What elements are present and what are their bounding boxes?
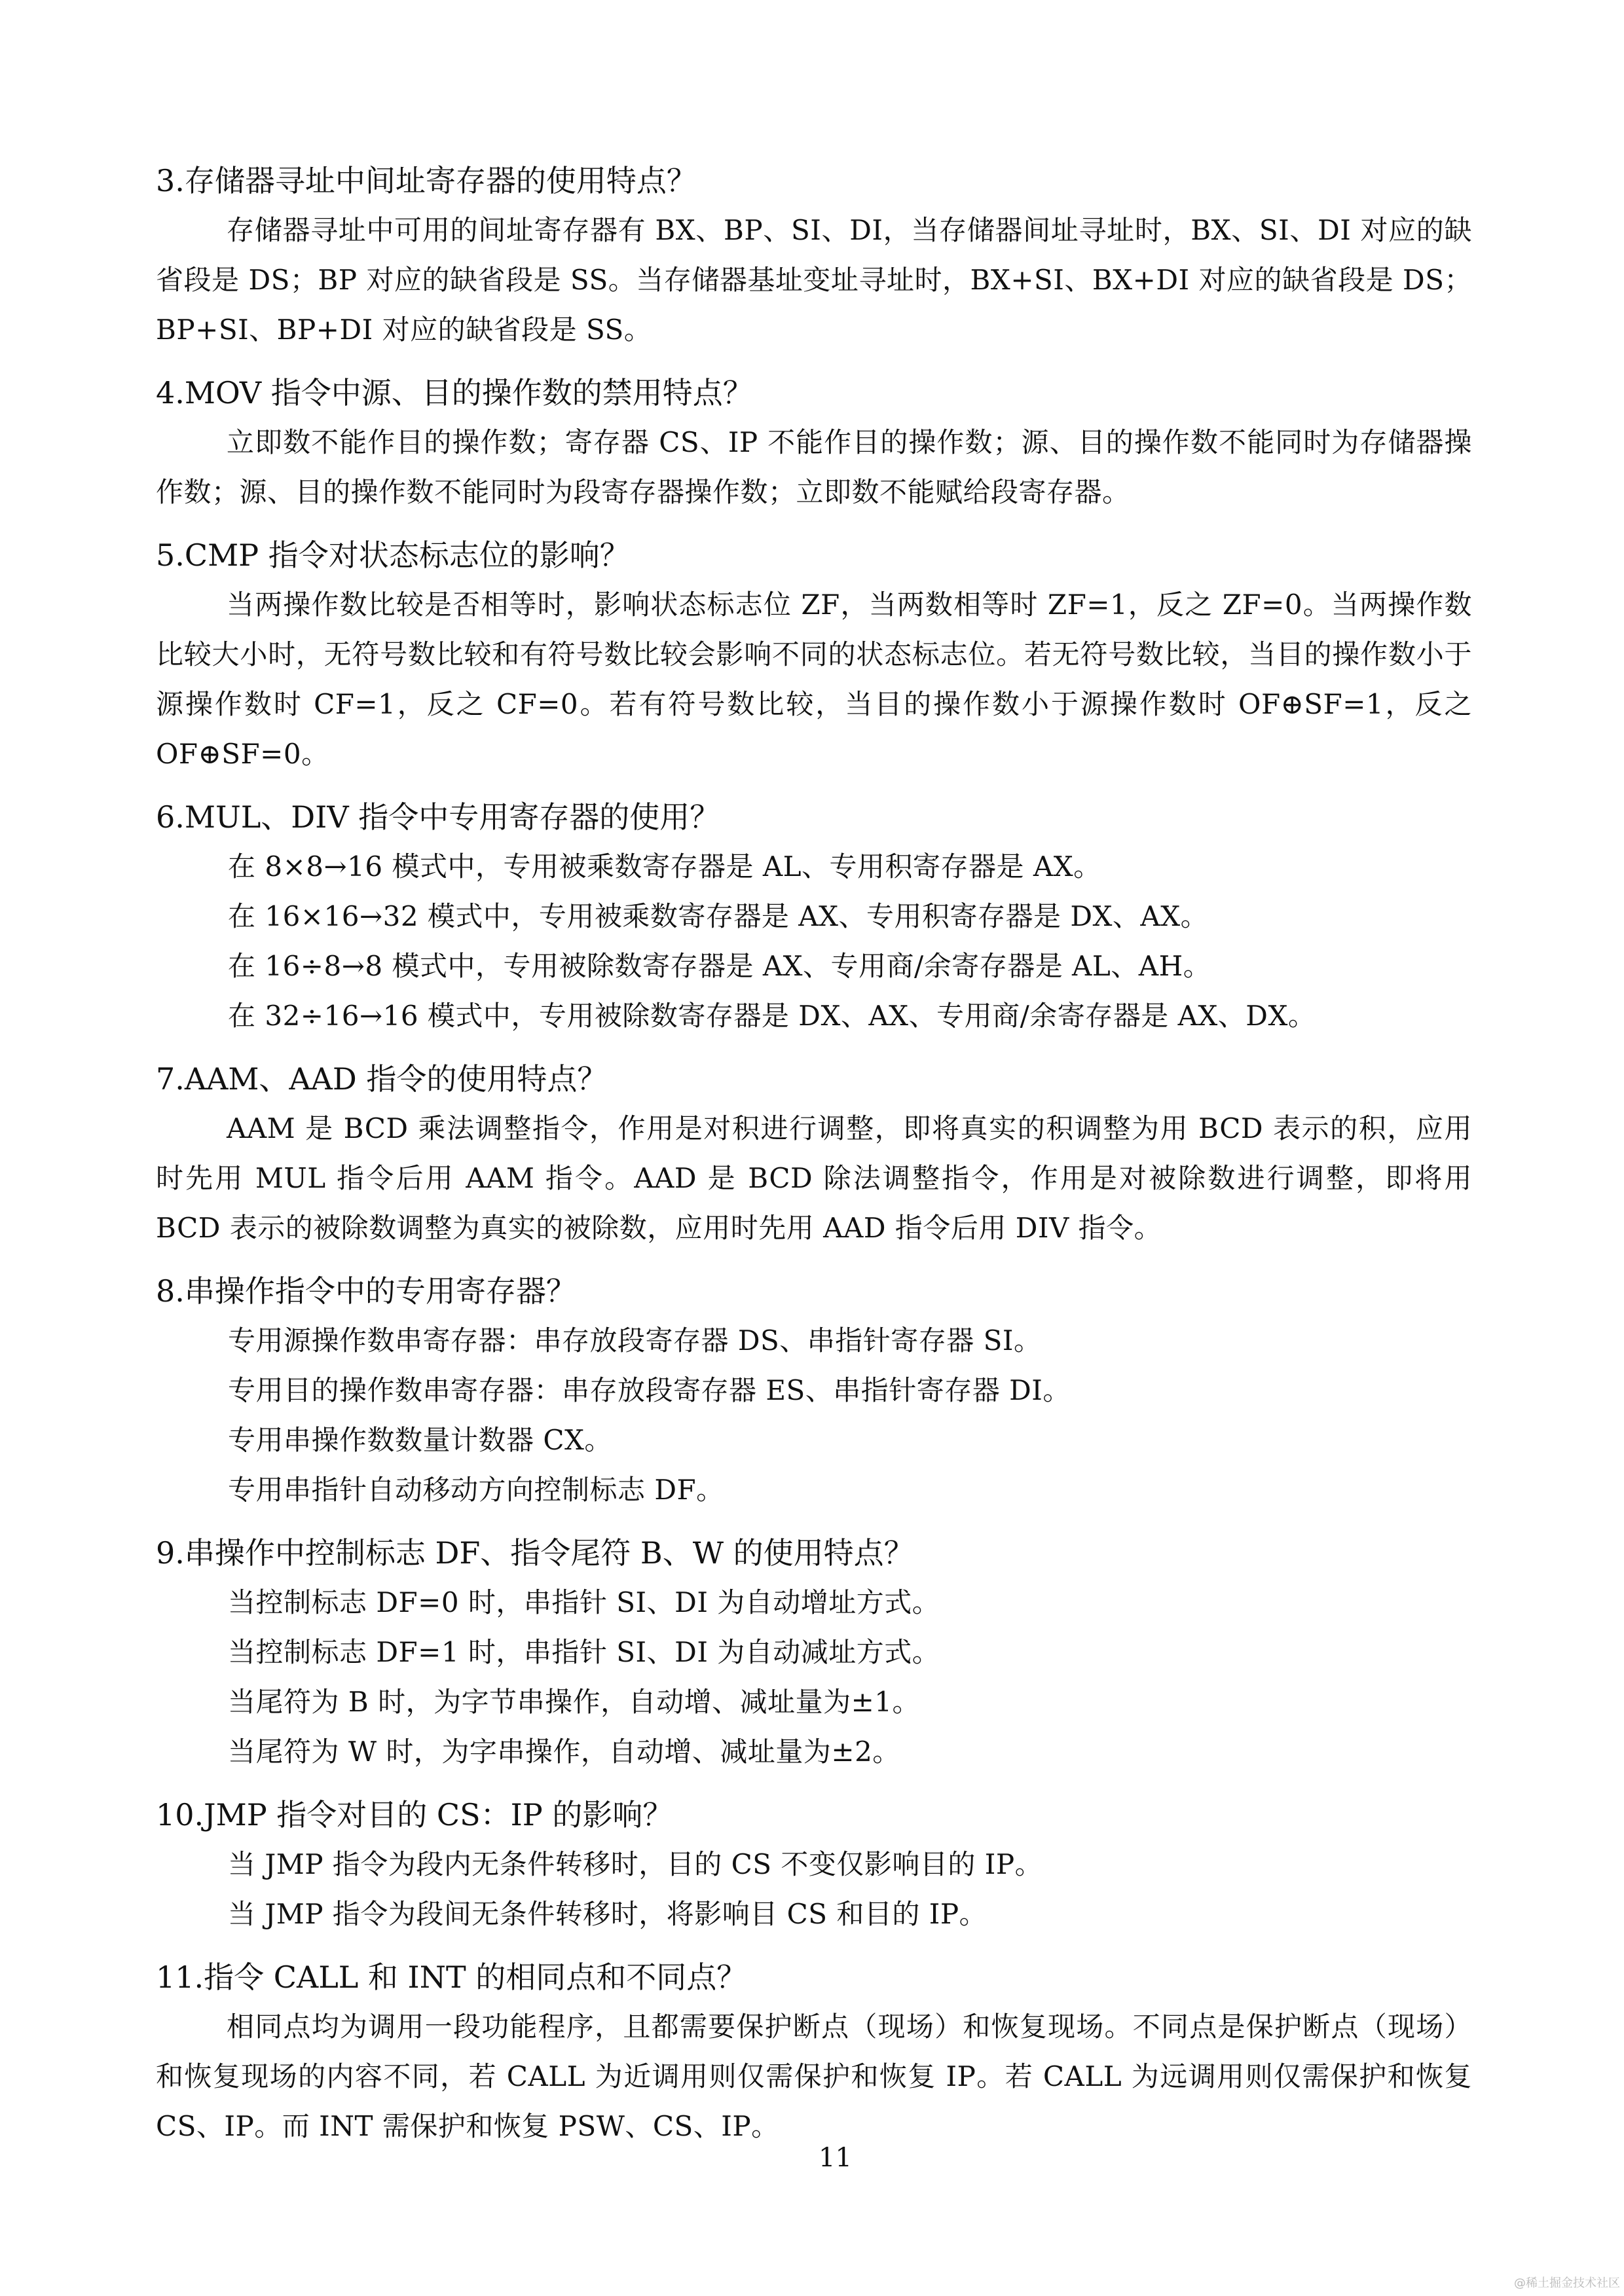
section-heading: 3.存储器寻址中间址寄存器的使用特点？ — [156, 152, 1472, 206]
list-item: 在 16×16→32 模式中，专用被乘数寄存器是 AX、专用积寄存器是 DX、A… — [156, 892, 1472, 941]
list-item: 当 JMP 指令为段间无条件转移时，将影响目 CS 和目的 IP。 — [156, 1889, 1472, 1939]
list-item: 当控制标志 DF=1 时，串指针 SI、DI 为自动减址方式。 — [156, 1628, 1472, 1677]
section-5-cmp-flags: 5.CMP 指令对状态标志位的影响？ 当两操作数比较是否相等时，影响状态标志位 … — [156, 526, 1472, 779]
section-paragraph: 立即数不能作目的操作数；寄存器 CS、IP 不能作目的操作数；源、目的操作数不能… — [156, 418, 1472, 517]
list-item: 当控制标志 DF=0 时，串指针 SI、DI 为自动增址方式。 — [156, 1578, 1472, 1628]
section-10-jmp: 10.JMP 指令对目的 CS：IP 的影响？ 当 JMP 指令为段内无条件转移… — [156, 1786, 1472, 1939]
list-item: 专用串指针自动移动方向控制标志 DF。 — [156, 1465, 1472, 1515]
section-heading: 11.指令 CALL 和 INT 的相同点和不同点？ — [156, 1948, 1472, 2002]
list-item: 专用目的操作数串寄存器：串存放段寄存器 ES、串指针寄存器 DI。 — [156, 1366, 1472, 1415]
list-item: 当尾符为 W 时，为字串操作，自动增、减址量为±2。 — [156, 1727, 1472, 1777]
section-heading: 4.MOV 指令中源、目的操作数的禁用特点？ — [156, 364, 1472, 418]
section-heading: 10.JMP 指令对目的 CS：IP 的影响？ — [156, 1786, 1472, 1840]
section-7-aam-aad: 7.AAM、AAD 指令的使用特点？ AAM 是 BCD 乘法调整指令，作用是对… — [156, 1050, 1472, 1253]
section-paragraph: AAM 是 BCD 乘法调整指令，作用是对积进行调整，即将真实的积调整为用 BC… — [156, 1104, 1472, 1253]
list-item: 当尾符为 B 时，为字节串操作，自动增、减址量为±1。 — [156, 1677, 1472, 1727]
document-page: 3.存储器寻址中间址寄存器的使用特点？ 存储器寻址中可用的间址寄存器有 BX、B… — [156, 152, 1472, 2160]
section-6-mul-div-registers: 6.MUL、DIV 指令中专用寄存器的使用？ 在 8×8→16 模式中，专用被乘… — [156, 788, 1472, 1041]
list-item: 在 32÷16→16 模式中，专用被除数寄存器是 DX、AX、专用商/余寄存器是… — [156, 991, 1472, 1041]
section-paragraph: 存储器寻址中可用的间址寄存器有 BX、BP、SI、DI，当存储器间址寻址时，BX… — [156, 206, 1472, 355]
watermark: @稀土掘金技术社区 — [1514, 2274, 1620, 2291]
section-heading: 6.MUL、DIV 指令中专用寄存器的使用？ — [156, 788, 1472, 842]
list-item: 在 8×8→16 模式中，专用被乘数寄存器是 AL、专用积寄存器是 AX。 — [156, 842, 1472, 892]
list-item: 专用源操作数串寄存器：串存放段寄存器 DS、串指针寄存器 SI。 — [156, 1316, 1472, 1366]
section-paragraph: 相同点均为调用一段功能程序，且都需要保护断点（现场）和恢复现场。不同点是保护断点… — [156, 2002, 1472, 2151]
section-heading: 9.串操作中控制标志 DF、指令尾符 B、W 的使用特点？ — [156, 1524, 1472, 1578]
section-4-mov-restrictions: 4.MOV 指令中源、目的操作数的禁用特点？ 立即数不能作目的操作数；寄存器 C… — [156, 364, 1472, 517]
section-11-call-int: 11.指令 CALL 和 INT 的相同点和不同点？ 相同点均为调用一段功能程序… — [156, 1948, 1472, 2151]
list-item: 在 16÷8→8 模式中，专用被除数寄存器是 AX、专用商/余寄存器是 AL、A… — [156, 941, 1472, 991]
section-heading: 8.串操作指令中的专用寄存器？ — [156, 1262, 1472, 1316]
section-3-indirect-address-registers: 3.存储器寻址中间址寄存器的使用特点？ 存储器寻址中可用的间址寄存器有 BX、B… — [156, 152, 1472, 355]
section-8-string-registers: 8.串操作指令中的专用寄存器？ 专用源操作数串寄存器：串存放段寄存器 DS、串指… — [156, 1262, 1472, 1515]
list-item: 专用串操作数数量计数器 CX。 — [156, 1415, 1472, 1465]
page-number: 11 — [819, 2140, 852, 2176]
section-heading: 5.CMP 指令对状态标志位的影响？ — [156, 526, 1472, 580]
section-paragraph: 当两操作数比较是否相等时，影响状态标志位 ZF，当两数相等时 ZF=1，反之 Z… — [156, 580, 1472, 779]
section-9-df-suffix: 9.串操作中控制标志 DF、指令尾符 B、W 的使用特点？ 当控制标志 DF=0… — [156, 1524, 1472, 1777]
list-item: 当 JMP 指令为段内无条件转移时，目的 CS 不变仅影响目的 IP。 — [156, 1840, 1472, 1889]
section-heading: 7.AAM、AAD 指令的使用特点？ — [156, 1050, 1472, 1104]
